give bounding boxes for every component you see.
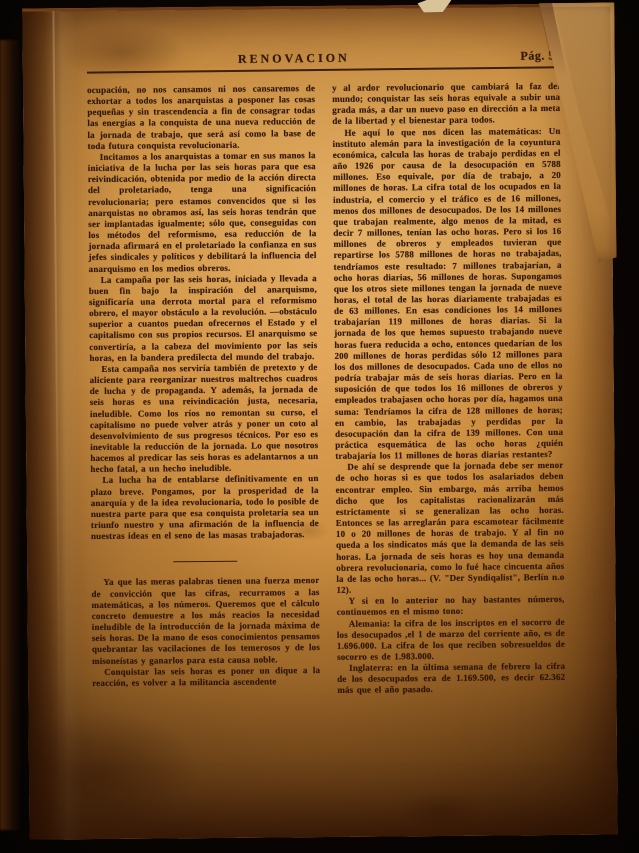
paragraph: Esta campaña nos serviría también de pre… <box>89 362 318 476</box>
section-divider-rule <box>173 561 237 563</box>
masthead: RENOVACION Pág. 5 <box>87 48 561 73</box>
magazine-page: RENOVACION Pág. 5 ocupación, no nos cans… <box>22 3 617 839</box>
paragraph: ocupación, no nos cansamos ni nos cansar… <box>87 83 316 152</box>
paragraph: y al ardor revolucionario que cambiará l… <box>332 81 560 128</box>
paragraph: Inglaterra: en la última semana de febre… <box>337 661 565 696</box>
underlying-page-edge <box>0 40 22 830</box>
page-title: RENOVACION <box>123 49 465 68</box>
paragraph: De ahí se desprende que la jornada debe … <box>335 460 564 596</box>
paragraph: La lucha ha de entablarse definitivament… <box>90 473 319 542</box>
paragraph: Y si en lo anterior no hay bastantes núm… <box>337 594 565 618</box>
paragraph: He aquí lo que nos dicen las matemáticas… <box>332 126 563 463</box>
right-column: y al ardor revolucionario que cambiará l… <box>332 81 565 697</box>
left-column: ocupación, no nos cansamos ni nos cansar… <box>87 83 320 699</box>
paragraph: Incitamos a los anarquistas a tomar en s… <box>88 150 317 275</box>
scanned-page-photo: RENOVACION Pág. 5 ocupación, no nos cans… <box>0 0 639 853</box>
paragraph: Alemania: la cifra de los inscriptos en … <box>337 616 565 663</box>
paragraph: Ya que las meras palabras tienen una fue… <box>91 575 320 666</box>
paragraph: Conquistar las seis horas es poner un di… <box>92 665 320 689</box>
text-columns: ocupación, no nos cansamos ni nos cansar… <box>87 81 566 699</box>
page-content: RENOVACION Pág. 5 ocupación, no nos cans… <box>22 6 616 699</box>
paragraph: La campaña por las seis horas, iniciada … <box>89 273 318 364</box>
page-number: Pág. 5 <box>465 48 555 64</box>
